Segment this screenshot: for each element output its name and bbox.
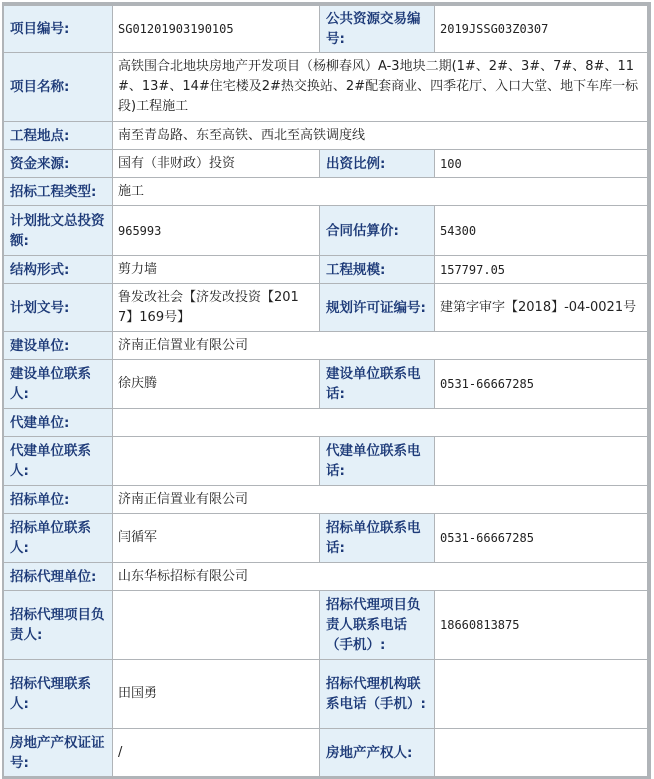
fund-ratio-label: 出资比例: [320,150,435,178]
table-row: 招标工程类型: 施工 [4,178,648,206]
tenderer-contact-value: 闫循军 [113,514,320,563]
trade-no-value: 2019JSSG03Z0307 [435,6,648,53]
fund-source-value: 国有（非财政）投资 [113,150,320,178]
builder-contact-value: 徐庆腾 [113,360,320,409]
builder-label: 建设单位: [4,332,113,360]
permit-no-label: 规划许可证编号: [320,284,435,332]
fund-source-label: 资金来源: [4,150,113,178]
table-row: 资金来源: 国有（非财政）投资 出资比例: 100 [4,150,648,178]
tenderer-label: 招标单位: [4,486,113,514]
property-owner-value [435,729,648,777]
tenderer-contact-label: 招标单位联系人: [4,514,113,563]
property-owner-label: 房地产产权人: [320,729,435,777]
agent-contact-value: 田国勇 [113,660,320,729]
agent-org-phone-label: 招标代理机构联系电话（手机）: [320,660,435,729]
builder-contact-label: 建设单位联系人: [4,360,113,409]
table-row: 项目编号: SG01201903190105 公共资源交易编号: 2019JSS… [4,6,648,53]
tender-type-label: 招标工程类型: [4,178,113,206]
agent-pm-value [113,591,320,660]
tender-agent-label: 招标代理单位: [4,563,113,591]
table-row: 计划批文总投资额: 965993 合同估算价: 54300 [4,206,648,256]
table-row: 招标代理单位: 山东华标招标有限公司 [4,563,648,591]
project-info-table: 项目编号: SG01201903190105 公共资源交易编号: 2019JSS… [3,5,648,777]
fund-ratio-value: 100 [435,150,648,178]
structure-value: 剪力墙 [113,256,320,284]
table-row: 建设单位: 济南正信置业有限公司 [4,332,648,360]
table-row: 招标单位: 济南正信置业有限公司 [4,486,648,514]
tender-type-value: 施工 [113,178,648,206]
total-invest-value: 965993 [113,206,320,256]
property-cert-value: / [113,729,320,777]
agent-builder-phone-value [435,437,648,486]
table-row: 招标代理项目负责人: 招标代理项目负责人联系电话（手机）: 1866081387… [4,591,648,660]
agent-pm-phone-value: 18660813875 [435,591,648,660]
plan-doc-value: 鲁发改社会【济发改投资【2017】169号】 [113,284,320,332]
structure-label: 结构形式: [4,256,113,284]
tenderer-phone-value: 0531-66667285 [435,514,648,563]
agent-builder-label: 代建单位: [4,409,113,437]
table-row: 计划文号: 鲁发改社会【济发改投资【2017】169号】 规划许可证编号: 建第… [4,284,648,332]
builder-phone-value: 0531-66667285 [435,360,648,409]
plan-doc-label: 计划文号: [4,284,113,332]
trade-no-label: 公共资源交易编号: [320,6,435,53]
tender-agent-value: 山东华标招标有限公司 [113,563,648,591]
table-row: 建设单位联系人: 徐庆腾 建设单位联系电话: 0531-66667285 [4,360,648,409]
location-value: 南至青岛路、东至高铁、西北至高铁调度线 [113,122,648,150]
contract-price-value: 54300 [435,206,648,256]
table-row: 项目名称: 高铁围合北地块房地产开发项目（杨柳春风）A-3地块二期(1#、2#、… [4,53,648,122]
table-row: 招标代理联系人: 田国勇 招标代理机构联系电话（手机）: [4,660,648,729]
agent-pm-phone-label: 招标代理项目负责人联系电话（手机）: [320,591,435,660]
scale-label: 工程规模: [320,256,435,284]
agent-pm-label: 招标代理项目负责人: [4,591,113,660]
table-row: 代建单位联系人: 代建单位联系电话: [4,437,648,486]
builder-value: 济南正信置业有限公司 [113,332,648,360]
project-no-value: SG01201903190105 [113,6,320,53]
table-row: 工程地点: 南至青岛路、东至高铁、西北至高铁调度线 [4,122,648,150]
tenderer-phone-label: 招标单位联系电话: [320,514,435,563]
builder-phone-label: 建设单位联系电话: [320,360,435,409]
agent-contact-label: 招标代理联系人: [4,660,113,729]
agent-org-phone-value [435,660,648,729]
location-label: 工程地点: [4,122,113,150]
agent-builder-contact-value [113,437,320,486]
table-row: 结构形式: 剪力墙 工程规模: 157797.05 [4,256,648,284]
permit-no-value: 建第字审字【2018】-04-0021号 [435,284,648,332]
agent-builder-contact-label: 代建单位联系人: [4,437,113,486]
scale-value: 157797.05 [435,256,648,284]
table-row: 房地产产权证证号: / 房地产产权人: [4,729,648,777]
table-row: 招标单位联系人: 闫循军 招标单位联系电话: 0531-66667285 [4,514,648,563]
agent-builder-phone-label: 代建单位联系电话: [320,437,435,486]
total-invest-label: 计划批文总投资额: [4,206,113,256]
tenderer-value: 济南正信置业有限公司 [113,486,648,514]
project-name-value: 高铁围合北地块房地产开发项目（杨柳春风）A-3地块二期(1#、2#、3#、7#、… [113,53,648,122]
agent-builder-value [113,409,648,437]
property-cert-label: 房地产产权证证号: [4,729,113,777]
project-name-label: 项目名称: [4,53,113,122]
project-info-table-container: 项目编号: SG01201903190105 公共资源交易编号: 2019JSS… [2,2,651,779]
contract-price-label: 合同估算价: [320,206,435,256]
project-no-label: 项目编号: [4,6,113,53]
table-row: 代建单位: [4,409,648,437]
